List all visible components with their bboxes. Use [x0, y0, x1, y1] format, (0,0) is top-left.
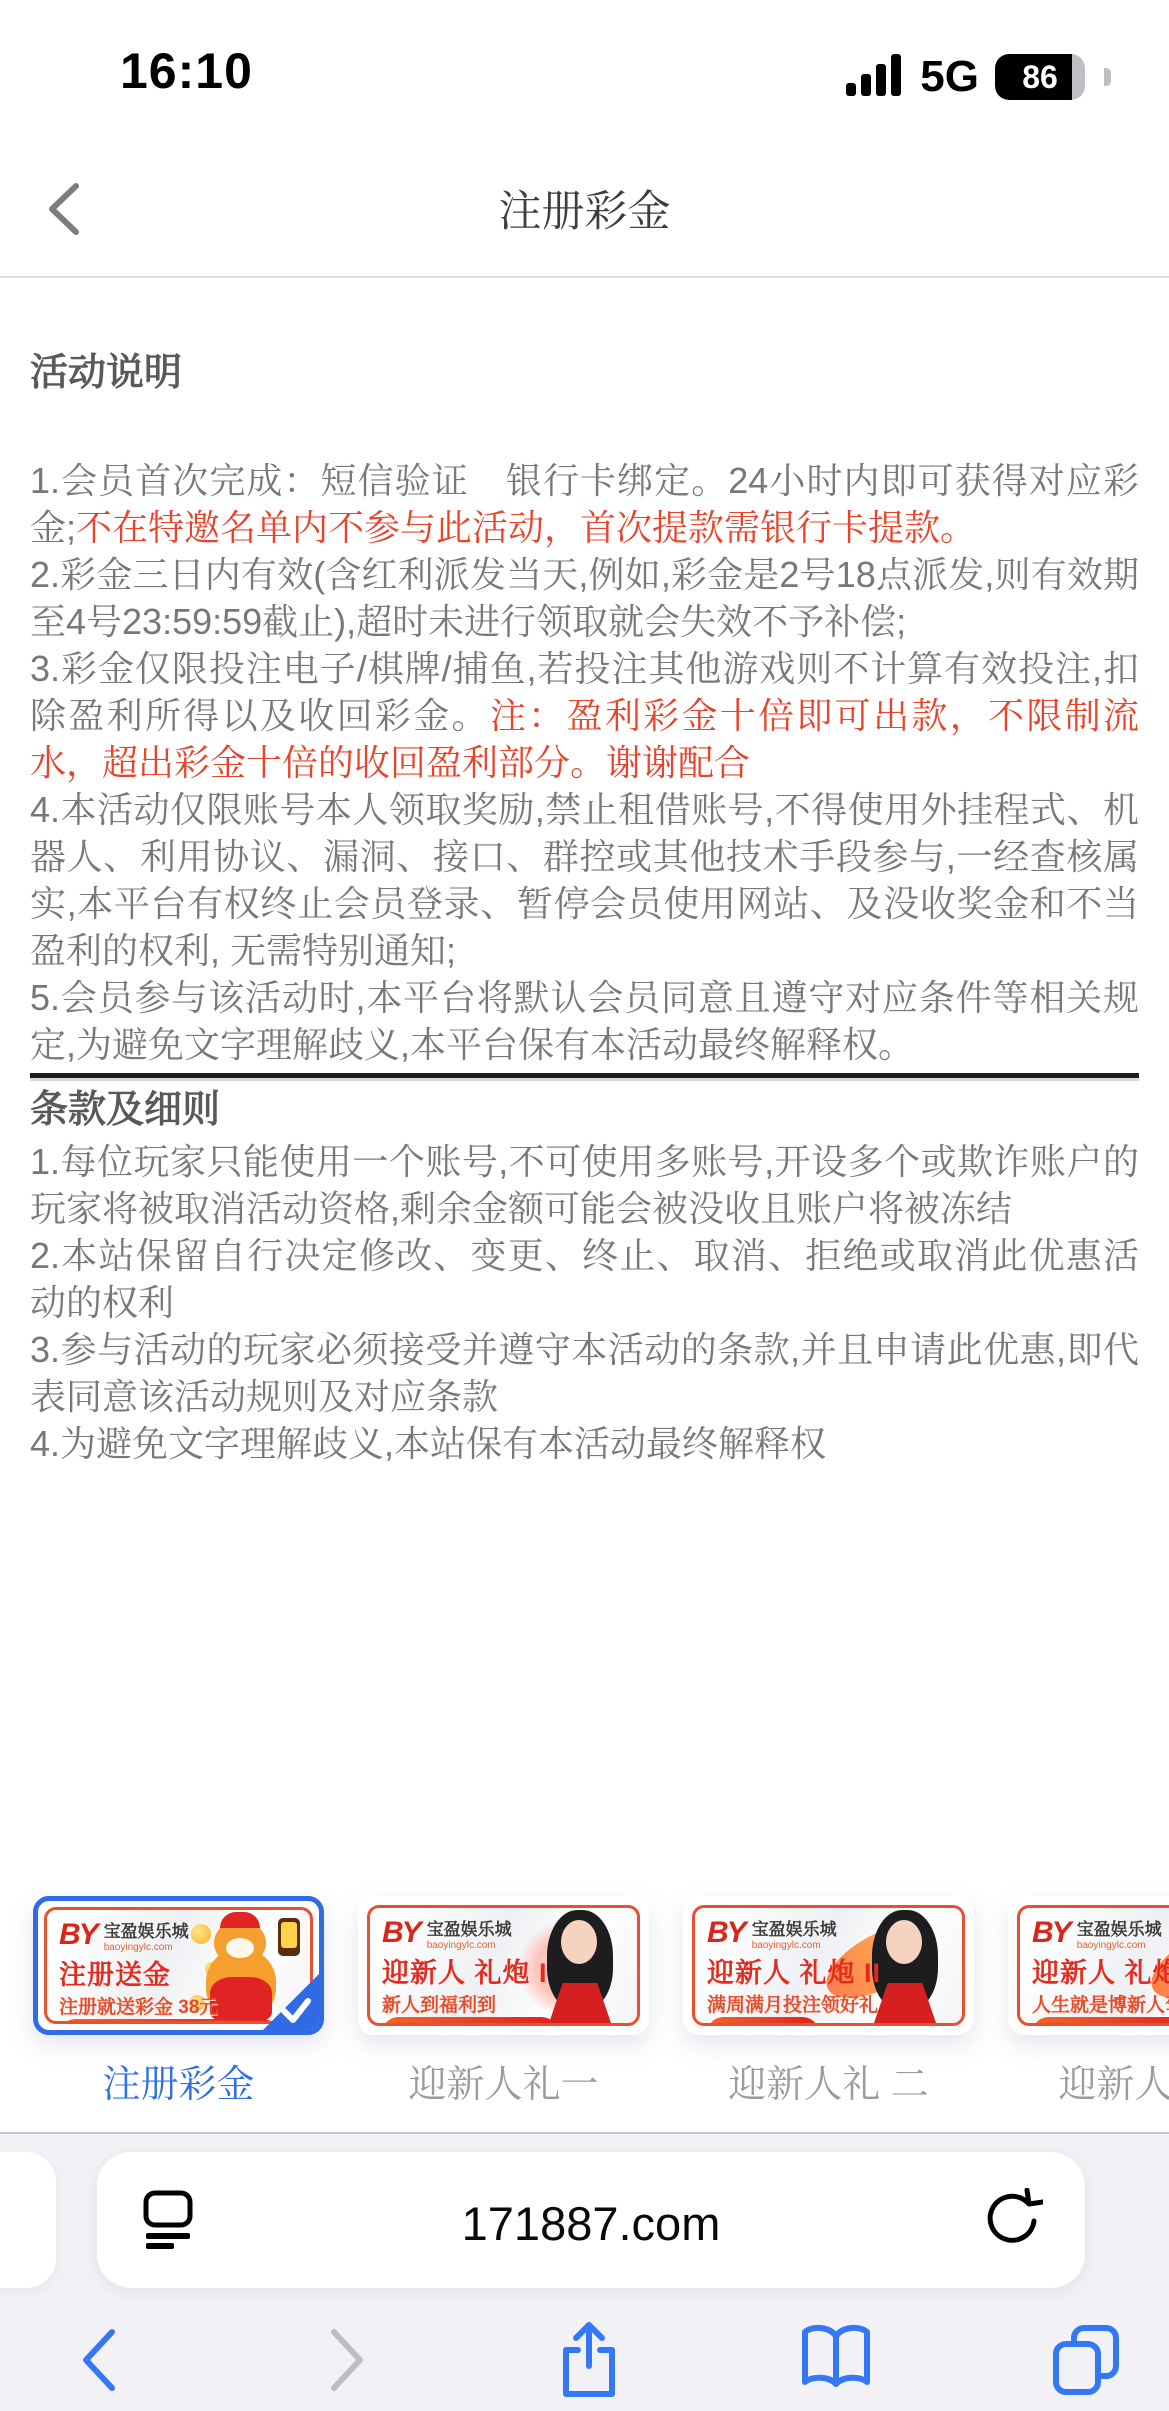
brand-logo: BY — [382, 1916, 420, 1950]
activity-paragraph: 2.彩金三日内有效(含红利派发当天,例如,彩金是2号18点派发,则有效期至4号2… — [30, 551, 1139, 645]
url-bar[interactable]: 171887.com — [97, 2152, 1085, 2288]
terms-paragraph: 2.本站保留自行决定修改、变更、终止、取消、拒绝或取消此优惠活动的权利 — [30, 1232, 1139, 1326]
share-icon — [552, 2320, 626, 2400]
browser-chrome: 171887.com — [0, 2134, 1169, 2411]
tabs-button[interactable] — [1046, 2320, 1120, 2400]
battery-percent-label: 86 — [995, 54, 1085, 100]
reload-icon — [983, 2188, 1043, 2252]
banner-text-column: BY 宝盈娱乐城 baoyingylc.com 迎新人 礼炮 I 新人到福利到 … — [382, 1915, 548, 2015]
activity-paragraph: 4.本活动仅限账号本人领取奖励,禁止租借账号,不得使用外挂程式、机器人、利用协议… — [30, 786, 1139, 974]
terms-paragraph: 3.参与活动的玩家必须接受并遵守本活动的条款,并且申请此优惠,即代表同意该活动规… — [30, 1326, 1139, 1420]
banner-pill: 稳赢不怕输，补贴不停歇！ — [59, 2019, 279, 2024]
paragraph-text: 2.彩金三日内有效(含红利派发当天,例如,彩金是2号18点派发,则有效期至4号2… — [30, 554, 1139, 642]
brand-domain: baoyingylc.com — [1077, 1940, 1162, 1951]
promo-card-label[interactable]: 注册彩金 — [102, 2053, 254, 2108]
promo-banner-art: BY 宝盈娱乐城 baoyingylc.com 迎新人 礼炮 II 满周满月投注… — [692, 1905, 965, 2026]
brand-logo-row: BY 宝盈娱乐城 baoyingylc.com — [59, 1917, 189, 1953]
brand-logo-row: BY 宝盈娱乐城 baoyingylc.com — [1032, 1915, 1162, 1951]
chevron-right-icon — [308, 2320, 382, 2400]
activity-section-title: 活动说明 — [30, 350, 1139, 397]
activity-paragraph: 1.会员首次完成：短信验证 银行卡绑定。24小时内即可获得对应彩金;不在特邀名单… — [30, 457, 1139, 551]
banner-pill: 无论输赢皆可领好礼 — [1032, 2017, 1169, 2026]
model-face — [886, 1920, 922, 1964]
reload-button[interactable] — [983, 2188, 1043, 2252]
browser-back-button[interactable] — [62, 2320, 136, 2400]
adjacent-tab-edge[interactable] — [0, 2152, 56, 2288]
browser-forward-button[interactable] — [308, 2320, 382, 2400]
model-face — [561, 1920, 597, 1964]
activity-paragraph: 3.彩金仅限投注电子/棋牌/捕鱼,若投注其他游戏则不计算有效投注,扣除盈利所得以… — [30, 645, 1139, 786]
signal-strength-icon — [846, 53, 904, 102]
battery-icon: 86 — [995, 54, 1085, 100]
tabs-icon — [1046, 2320, 1126, 2400]
brand-domain: baoyingylc.com — [104, 1942, 189, 1953]
tiger-muzzle — [226, 1938, 254, 1958]
page-header: 注册彩金 — [0, 140, 1169, 278]
terms-paragraph: 4.为避免文字理解歧义,本站保有本活动最终解释权 — [30, 1420, 1139, 1467]
promo-card-label[interactable]: 迎新人礼 二 — [728, 2053, 929, 2108]
tiger-hat — [220, 1912, 260, 1928]
open-book-icon — [796, 2320, 876, 2400]
promo-banner[interactable]: BY 宝盈娱乐城 baoyingylc.com 注册送金 注册就送彩金 38元 … — [33, 1896, 324, 2035]
paragraph-warning-text: 不在特邀名单内不参与此活动，首次提款需银行卡提款。 — [76, 507, 976, 548]
banner-text-column: BY 宝盈娱乐城 baoyingylc.com 迎新人 礼炮 II 满周满月投注… — [707, 1915, 873, 2015]
promo-banner-art: BY 宝盈娱乐城 baoyingylc.com 迎新人 礼炮 III 人生就是博… — [1017, 1905, 1169, 2026]
paragraph-text: 4.本活动仅限账号本人领取奖励,禁止租借账号,不得使用外挂程式、机器人、利用协议… — [30, 789, 1139, 971]
page-title: 注册彩金 — [0, 178, 1169, 239]
promo-card-label[interactable]: 迎新人礼三 — [1058, 2053, 1169, 2108]
status-bar: 16:10 5G 86 — [0, 0, 1169, 140]
promo-carousel: BY 宝盈娱乐城 baoyingylc.com 注册送金 注册就送彩金 38元 … — [0, 1896, 1169, 2126]
url-text[interactable]: 171887.com — [97, 2196, 1085, 2251]
brand-name: 宝盈娱乐城 — [427, 1915, 512, 1940]
tiger-phone-screen — [281, 1922, 297, 1948]
banner-text-column: BY 宝盈娱乐城 baoyingylc.com 迎新人 礼炮 III 人生就是博… — [1032, 1915, 1169, 2015]
battery-tip — [1104, 68, 1111, 86]
brand-logo-row: BY 宝盈娱乐城 baoyingylc.com — [382, 1915, 512, 1951]
banner-text-column: BY 宝盈娱乐城 baoyingylc.com 注册送金 注册就送彩金 38元 … — [59, 1917, 222, 2013]
terms-section-title: 条款及细则 — [30, 1087, 1139, 1134]
brand-name: 宝盈娱乐城 — [1077, 1915, 1162, 1940]
banner-subtitle: 注册就送彩金 38元 — [59, 1992, 218, 2019]
promo-banner[interactable]: BY 宝盈娱乐城 baoyingylc.com 迎新人 礼炮 II 满周满月投注… — [683, 1896, 974, 2035]
banner-subtitle: 满周满月投注领好礼 — [707, 1990, 878, 2017]
brand-logo: BY — [1032, 1916, 1070, 1950]
promo-card-label[interactable]: 迎新人礼一 — [408, 2053, 598, 2108]
banner-title: 注册送金 — [59, 1953, 171, 1992]
status-indicators: 5G 86 — [846, 52, 1111, 102]
brand-domain: baoyingylc.com — [427, 1940, 512, 1951]
activity-paragraph: 5.会员参与该活动时,本平台将默认会员同意且遵守对应条件等相关规定,为避免文字理… — [30, 974, 1139, 1068]
banner-pill: 高达6888元 — [707, 2017, 819, 2026]
section-divider — [30, 1073, 1139, 1081]
banner-title: 迎新人 礼炮 III — [1032, 1951, 1169, 1990]
chevron-left-icon — [62, 2320, 136, 2400]
checkmark-icon — [279, 1996, 313, 2026]
brand-logo-row: BY 宝盈娱乐城 baoyingylc.com — [707, 1915, 837, 1951]
promo-banner-art: BY 宝盈娱乐城 baoyingylc.com 迎新人 礼炮 I 新人到福利到 … — [367, 1905, 640, 2026]
safari-mobile-screen: 16:10 5G 86 注册彩金 — [0, 0, 1169, 2411]
banner-pill: 最高8888元首存红利 — [382, 2017, 558, 2026]
promo-card-newcomer-3[interactable]: BY 宝盈娱乐城 baoyingylc.com 迎新人 礼炮 III 人生就是博… — [1008, 1896, 1169, 2126]
brand-logo: BY — [707, 1916, 745, 1950]
banner-subtitle: 新人到福利到 — [382, 1990, 496, 2017]
promo-card-register-bonus[interactable]: BY 宝盈娱乐城 baoyingylc.com 注册送金 注册就送彩金 38元 … — [33, 1896, 324, 2126]
banner-title: 迎新人 礼炮 I — [382, 1951, 548, 1990]
promo-banner[interactable]: BY 宝盈娱乐城 baoyingylc.com 迎新人 礼炮 III 人生就是博… — [1008, 1896, 1169, 2035]
activity-article: 活动说明 1.会员首次完成：短信验证 银行卡绑定。24小时内即可获得对应彩金;不… — [30, 278, 1139, 1467]
promo-banner[interactable]: BY 宝盈娱乐城 baoyingylc.com 迎新人 礼炮 I 新人到福利到 … — [358, 1896, 649, 2035]
promo-card-newcomer-2[interactable]: BY 宝盈娱乐城 baoyingylc.com 迎新人 礼炮 II 满周满月投注… — [683, 1896, 974, 2126]
share-button[interactable] — [552, 2320, 626, 2400]
promo-card-newcomer-1[interactable]: BY 宝盈娱乐城 baoyingylc.com 迎新人 礼炮 I 新人到福利到 … — [358, 1896, 649, 2126]
brand-name: 宝盈娱乐城 — [752, 1915, 837, 1940]
terms-paragraph: 1.每位玩家只能使用一个账号,不可使用多账号,开设多个或欺诈账户的玩家将被取消活… — [30, 1138, 1139, 1232]
network-type-label: 5G — [920, 52, 979, 102]
brand-domain: baoyingylc.com — [752, 1940, 837, 1951]
banner-subtitle: 人生就是博新人驾到十天 — [1032, 1990, 1169, 2017]
paragraph-text: 5.会员参与该活动时,本平台将默认会员同意且遵守对应条件等相关规定,为避免文字理… — [30, 977, 1139, 1065]
clock-label: 16:10 — [120, 42, 253, 100]
bookmarks-button[interactable] — [796, 2320, 870, 2400]
brand-name: 宝盈娱乐城 — [104, 1917, 189, 1942]
brand-logo: BY — [59, 1918, 97, 1952]
banner-title: 迎新人 礼炮 II — [707, 1951, 881, 1990]
